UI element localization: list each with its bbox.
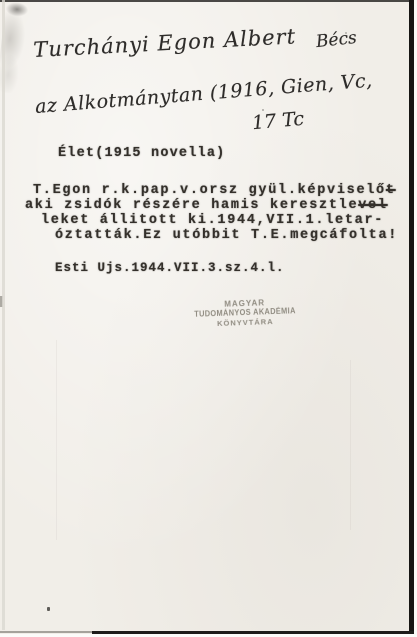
scan-edge-bottom-faint	[0, 631, 92, 633]
paper-crease	[350, 360, 351, 530]
handwritten-author: Turchányi Egon Albert	[33, 24, 297, 62]
scan-edge-left	[2, 0, 5, 630]
typed-line: leket állitott ki.1944,VII.1.letar-	[41, 213, 398, 228]
typed-citation: Esti Ujs.1944.VII.3.sz.4.l.	[55, 261, 285, 275]
ink-speck	[345, 32, 347, 34]
ink-speck	[262, 109, 264, 111]
paper-crease	[56, 340, 57, 540]
scan-edge-right-line	[409, 0, 414, 634]
typed-line: aki zsidók részére hamis keresztlevel	[25, 198, 398, 213]
handwritten-place: Bécs	[315, 28, 358, 52]
typed-line: óztatták.Ez utóbbit T.E.megcáfolta!	[55, 228, 398, 243]
ink-speck	[47, 607, 50, 611]
library-stamp: MAGYAR TUDOMÁNYOS AKADÉMIA KÖNYVTÁRA	[185, 297, 306, 329]
handwritten-note: az Alkotmánytan (1916, Gien, Vc,	[34, 70, 373, 118]
scan-edge-bottom-line	[92, 631, 414, 634]
scanned-catalog-card: Turchányi Egon Albert Bécs az Alkotmányt…	[0, 0, 417, 637]
typed-title: Élet(1915 novella)	[58, 146, 225, 161]
typed-line: T.Egon r.k.pap.v.orsz gyül.képviselőt	[33, 183, 398, 198]
typed-paragraph: T.Egon r.k.pap.v.orsz gyül.képviselőtaki…	[25, 183, 398, 243]
scan-edge-top	[0, 0, 417, 2]
handwritten-note-continued: 17 Tc	[251, 108, 305, 134]
